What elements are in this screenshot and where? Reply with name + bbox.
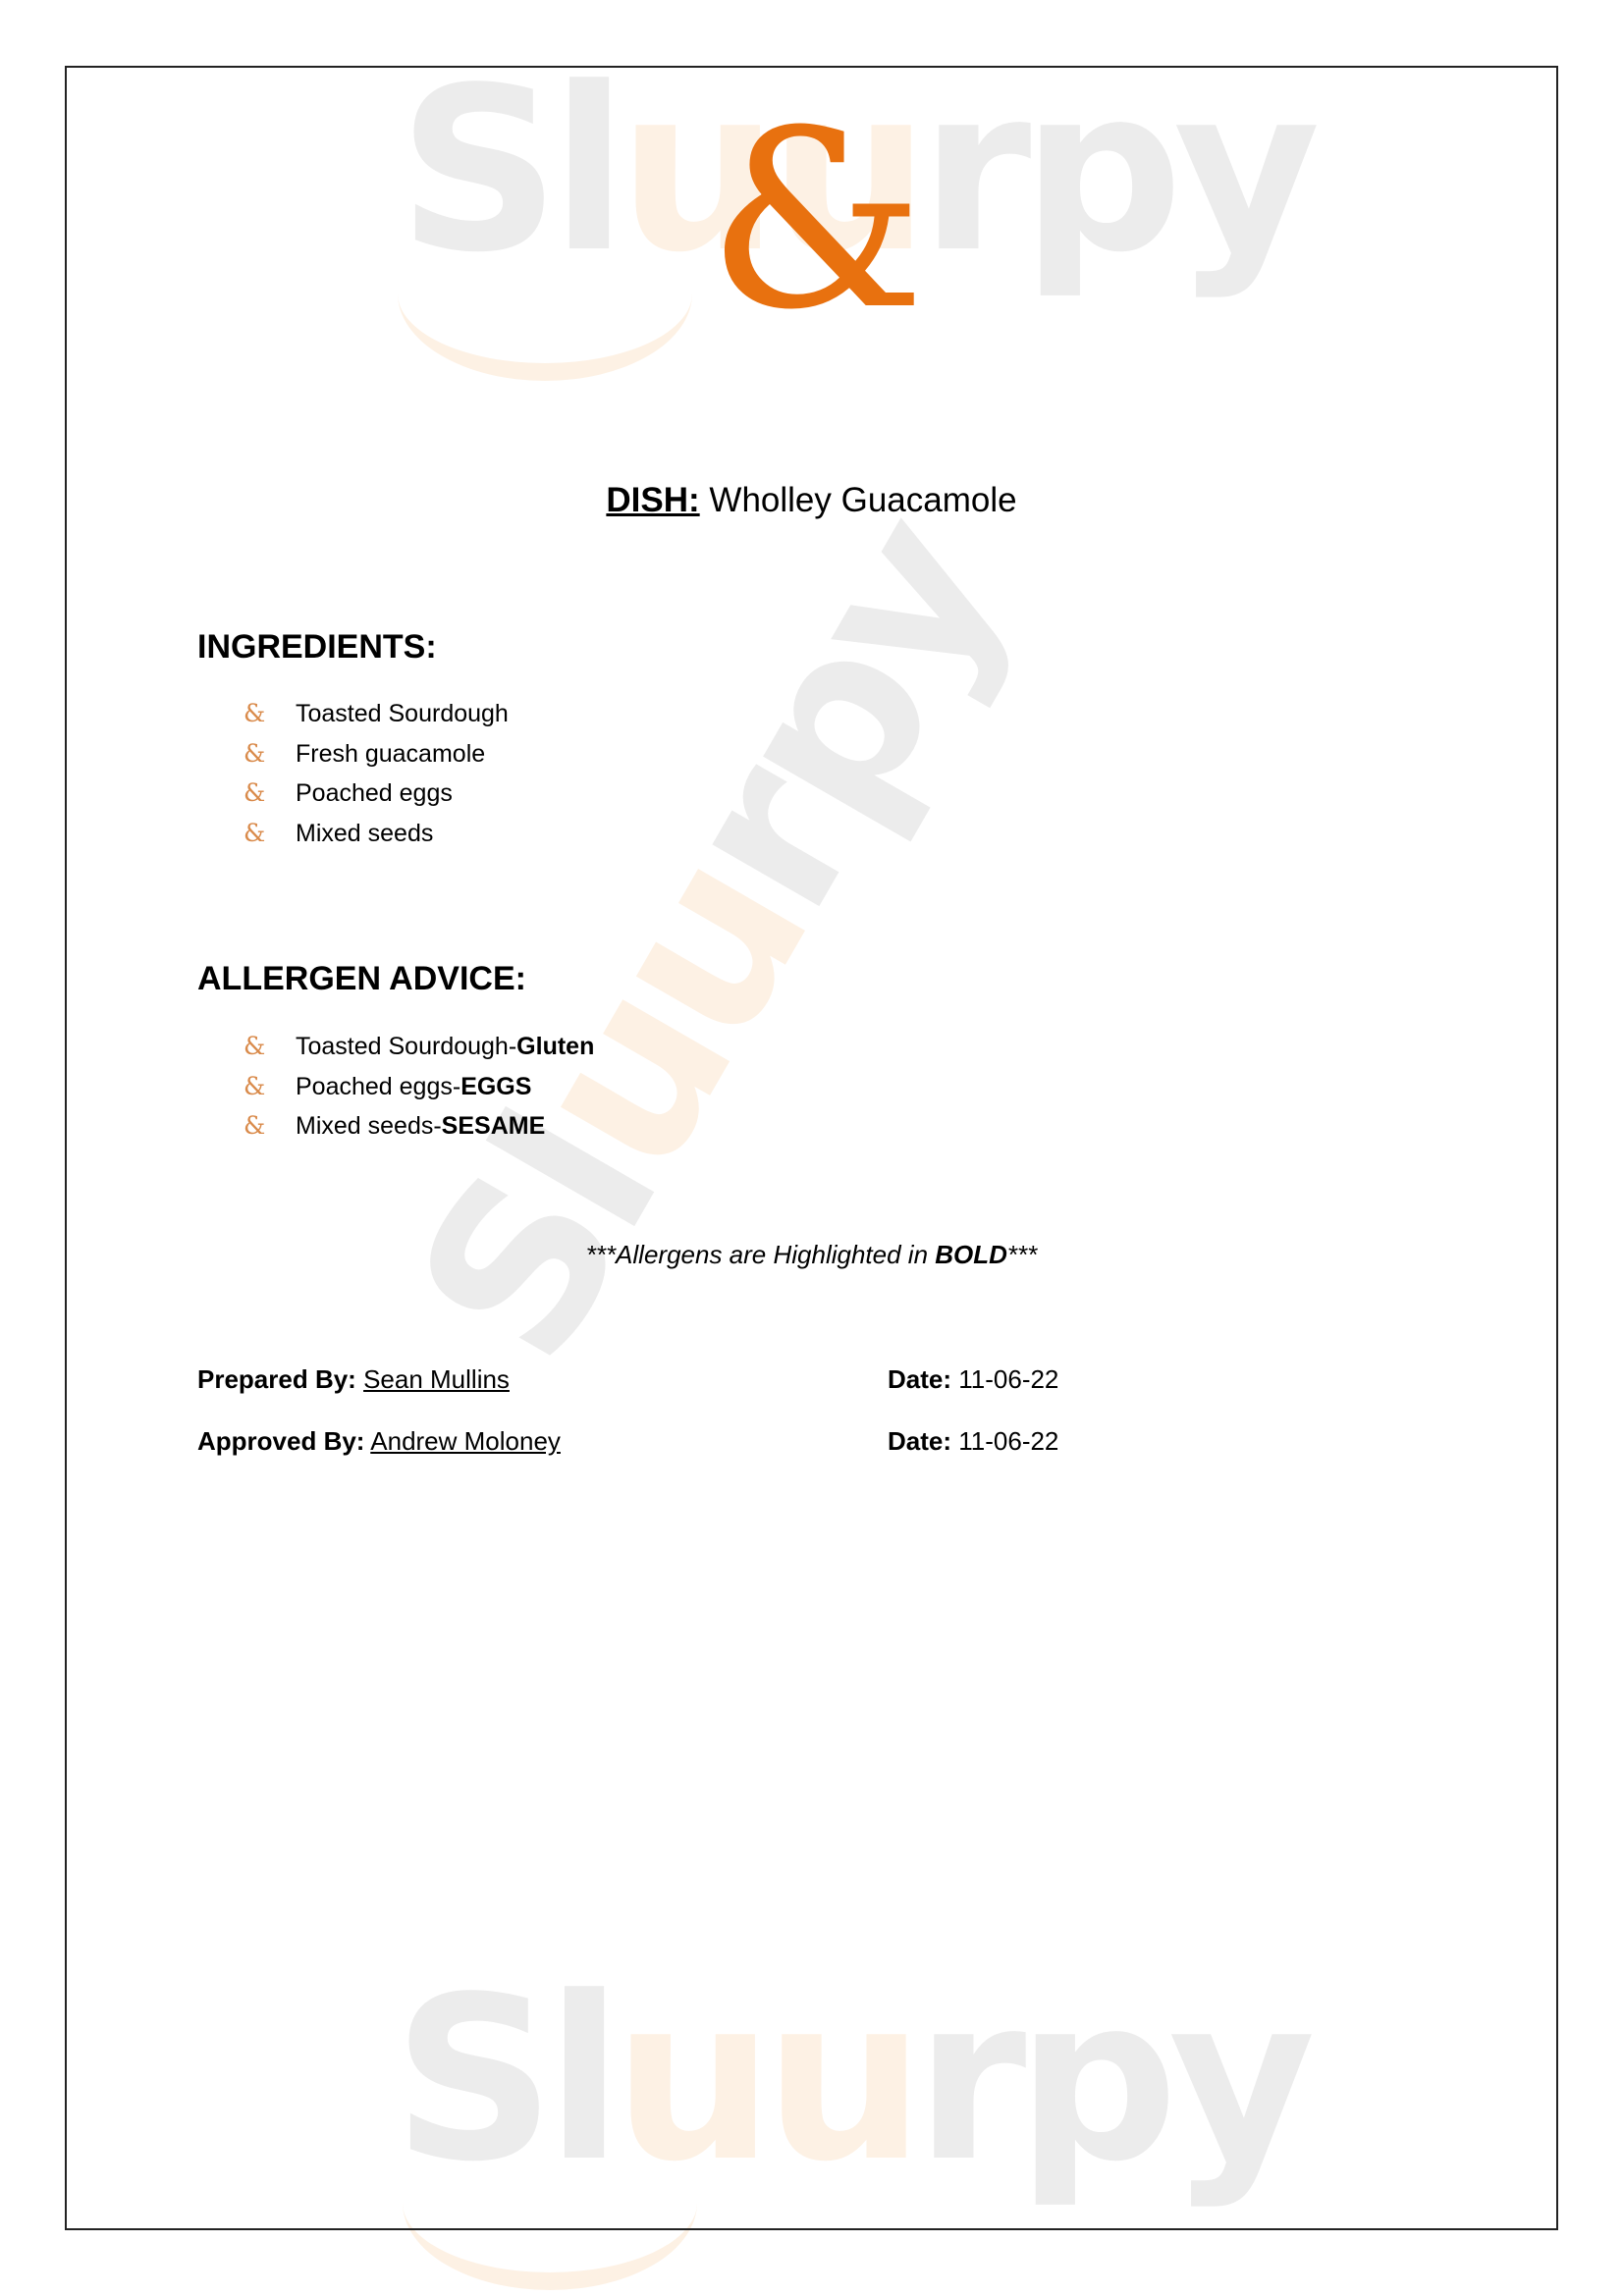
- ingredients-list: & Toasted Sourdough & Fresh guacamole & …: [243, 694, 509, 853]
- prepared-date: Date: 11-06-22: [888, 1364, 1058, 1395]
- allergen-list: & Toasted Sourdough- Gluten & Poached eg…: [243, 1027, 594, 1147]
- ampersand-bullet-icon: &: [243, 774, 296, 814]
- ampersand-bullet-icon: &: [243, 1067, 296, 1107]
- allergen-name: SESAME: [442, 1106, 546, 1147]
- list-item: & Mixed seeds: [243, 814, 509, 854]
- allergen-name: Gluten: [516, 1027, 594, 1067]
- prepared-by-name: Sean Mullins: [363, 1364, 510, 1394]
- ingredients-heading: INGREDIENTS:: [197, 628, 437, 667]
- allergen-note: ***Allergens are Highlighted in BOLD***: [0, 1240, 1623, 1270]
- ampersand-bullet-icon: &: [243, 734, 296, 774]
- allergen-heading: ALLERGEN ADVICE:: [197, 960, 526, 998]
- list-item: & Toasted Sourdough: [243, 694, 509, 734]
- date-label: Date:: [888, 1364, 951, 1394]
- allergen-name: EGGS: [460, 1067, 531, 1107]
- prepared-by-label: Prepared By:: [197, 1364, 356, 1394]
- ingredient-text: Toasted Sourdough: [296, 694, 509, 734]
- dish-title: DISH: Wholley Guacamole: [0, 481, 1623, 520]
- page-border: [65, 66, 1558, 2230]
- ingredient-text: Poached eggs: [296, 774, 453, 814]
- date-value: 11-06-22: [958, 1426, 1058, 1456]
- ampersand-bullet-icon: &: [243, 814, 296, 854]
- list-item: & Toasted Sourdough- Gluten: [243, 1027, 594, 1067]
- allergen-item: Mixed seeds-: [296, 1106, 442, 1147]
- ampersand-bullet-icon: &: [243, 1027, 296, 1067]
- prepared-by: Prepared By: Sean Mullins: [197, 1364, 510, 1395]
- approved-by: Approved By: Andrew Moloney: [197, 1426, 561, 1457]
- allergen-item: Poached eggs-: [296, 1067, 460, 1107]
- ingredient-text: Mixed seeds: [296, 814, 433, 854]
- dish-label: DISH:: [606, 481, 699, 519]
- list-item: & Mixed seeds- SESAME: [243, 1106, 594, 1147]
- ampersand-bullet-icon: &: [243, 694, 296, 734]
- date-label: Date:: [888, 1426, 951, 1456]
- ingredient-text: Fresh guacamole: [296, 734, 485, 774]
- approved-date: Date: 11-06-22: [888, 1426, 1058, 1457]
- approved-by-name: Andrew Moloney: [370, 1426, 561, 1456]
- allergen-item: Toasted Sourdough-: [296, 1027, 516, 1067]
- dish-name: Wholley Guacamole: [709, 481, 1016, 519]
- list-item: & Poached eggs- EGGS: [243, 1067, 594, 1107]
- list-item: & Fresh guacamole: [243, 734, 509, 774]
- ampersand-bullet-icon: &: [243, 1106, 296, 1147]
- approved-by-label: Approved By:: [197, 1426, 364, 1456]
- list-item: & Poached eggs: [243, 774, 509, 814]
- date-value: 11-06-22: [958, 1364, 1058, 1394]
- ampersand-logo-icon: &: [707, 93, 923, 348]
